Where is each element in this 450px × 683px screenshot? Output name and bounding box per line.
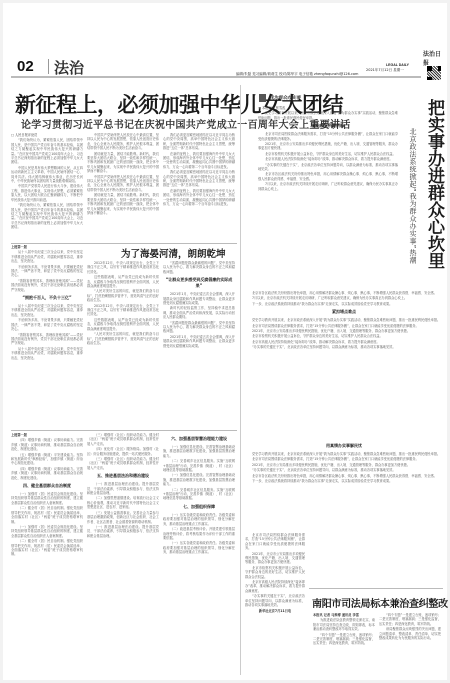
section-divider: [11, 243, 237, 244]
paragraph: （一）加强村（居）民委员会规范化建设。坚持党组织领导基层群众性自治组织的制度，建…: [11, 492, 83, 505]
column-tag: 我为群众办实事: [259, 94, 319, 104]
paragraph: （一）加强信息化建设。完善智慧治理基础设施，推进基层治理数字化建设，加强基层智慧…: [163, 445, 235, 458]
brand-en: LEGAL DAILY: [386, 63, 409, 67]
governance-col1: 上接第一版 （四）增强乡镇（街道）议事协商能力。完善乡镇（街道）议事协商机制，推…: [11, 433, 83, 673]
section-heading: 六、加强基层智慧治理能力建设: [163, 436, 235, 442]
paragraph: 北京市各区政法机关纷纷推出特色举措，用心用情解决群众操心事、烦心事、揪心事，不断…: [245, 474, 443, 478]
paragraph: “善除害者察其本，善理疾者绝其源”——党纪国法面前没有例外，党员干部无论职位高低…: [11, 333, 83, 346]
paragraph: “我们始终认为，紧紧依靠人民，团结带领中国人民，是中国共产党百年奋斗的基本经验，…: [11, 138, 83, 164]
paragraph: 这些数据表明，从严治党已经成为新时代常态，反腐败斗争取得压倒性胜利并全面巩固，人…: [87, 318, 159, 331]
section-heading: 七、加强组织保障: [163, 504, 235, 510]
paragraph: （五）增强乡镇（街道）平安建设能力。坚持和发展新时代“枫桥经验”，加强乡镇（街道…: [11, 453, 83, 466]
paragraph: （一）压实各级党委和政府责任。各级党委和政府要加强对基层治理的组织领导，细化分解…: [163, 513, 235, 526]
paragraph: 2021年1月，中央纪委五次全会强调，深入开展群众身边腐败和作风问题专项整治，让…: [163, 292, 235, 305]
paragraph: 从十八届中央纪委三次全会以来，党中央坚定不移推进全面从严治党，对腐败问题零容忍，…: [11, 250, 83, 263]
paragraph: 党史学习教育开展以来，北京市政法系统深入开展“我为群众办实事”实践活动，聚焦群众…: [245, 452, 443, 456]
masthead-rule: [11, 76, 421, 78]
paragraph: 北京市各区政法机关纷纷推出特色举措，用心用情解决群众操心事、烦心事、揪心事，不断…: [258, 172, 398, 181]
paragraph: 中国人民是具有伟大梦想精神的人民，从五四运动到新民主主义革命，中国人民始终团结一…: [11, 166, 83, 184]
paragraph: （一）加强村（居）民委员会规范化建设。坚持党组织领导基层群众性自治组织的制度，建…: [11, 525, 83, 538]
paragraph: （三）增强村（社区）组织动员能力。健全村（社区）“两委”班子成员联系群众机制，经…: [87, 457, 159, 470]
paragraph: 从十八届中央纪委三次全会以来，党中央坚定不移推进全面从严治党，对腐败问题零容忍，…: [11, 304, 83, 317]
newspaper-page: 02 法治 编辑/朱磊 见习编辑/莉莉生 校对/陈华宇 电子信箱 zhengfa…: [3, 3, 447, 680]
beijing-bottom-col: 用真情办实事解民忧 党史学习教育开展以来，北京市政法系统深入开展“我为群众办实事…: [245, 440, 443, 540]
paragraph: 2012年12月，中央八项规定出台，全党上下刹住不正之风，以钉钉子精神推进作风建…: [87, 304, 159, 317]
governance-col2: （三）增强村（社区）组织动员能力。健全村（社区）“两委”班子成员联系群众机制，经…: [87, 433, 159, 673]
issue-date: 2021年7月12日 星期一: [366, 68, 404, 73]
paragraph: 在新的征程上，我们要加强海内外中华儿女大团结，形成海内外全体中华儿女心往一处想、…: [163, 152, 235, 170]
paragraph: 团结就是力量，团结才能胜利。新时代，我们要坚持大团结大联合，坚持一致性和多样性统…: [87, 152, 159, 174]
nanyang-col1: 本报讯 记者 马维博 通讯员 李雷 为推进政法队伍教育整顿走深走实，南阳市司法局…: [313, 613, 375, 673]
section-divider: [11, 430, 237, 431]
qr-code-icon[interactable]: [426, 65, 442, 81]
paragraph: （二）健全村（居）民自治机制。强化党组织领导把关作用，规范村（居）民委员会换届选…: [11, 539, 83, 557]
haiyan-col2: 2012年12月，中央八项规定出台，全党上下刹住不正之风，以钉钉子精神推进作风建…: [87, 261, 159, 405]
paragraph: “人民对美好生活的向往，就是我们的奋斗目标”，打虎拍蝇猎狐多管齐下，营造风清气正…: [87, 289, 159, 302]
paragraph: （三）增强村（社区）组织动员能力。健全村（社区）“两委”班子成员联系群众机制，经…: [87, 433, 159, 446]
paragraph: 北京市高级人民法院持续深化“接诉即办”改革，推动解决群众诉求，着力提升群众满意度…: [245, 340, 443, 344]
paragraph: 北京市各区政法机关纷纷推出特色举措，用心用情解决群众操心事、烦心事、揪心事，不断…: [245, 291, 443, 295]
paragraph: 2012年12月，中央八项规定出台，全党上下刹住不正之风，以钉钉子精神推进作风建…: [87, 261, 159, 274]
paragraph: “办实事的关键在于实”，北京政法各单位坚持问题导向，以群众满意为标准，推动各项实…: [245, 594, 305, 607]
paragraph: 北京市司法局围绕群众法律服务需求，打造“15分钟公共法律服务圈”，让群众在家门口…: [245, 324, 443, 328]
paragraph: 我们必须更加紧密地团结在以习近平同志为核心的党中央周围，高举中国特色社会主义伟大…: [163, 133, 235, 151]
paragraph: “办实事的关键在于实”，北京政法各单位坚持问题导向，以群众满意为标准，推动各项实…: [258, 163, 398, 172]
paragraph: 2021年，北京市公安局推出多项便民利民措施，优化户籍、出入境、交通管理等服务，…: [245, 552, 305, 565]
paragraph: 北京市司法局围绕群众法律服务需求，打造“15分钟公共法律服务圈”，让群众在家门口…: [245, 533, 305, 551]
paragraph: 北京市检察机关积极开展公益诉讼，守护群众身边的美好生活，切实维护人民群众合法权益…: [245, 566, 305, 579]
paragraph: “贪腐问题是群众最痛恨的问题”，党中央坚持以人民为中心，着力解决群众身边的不正之…: [163, 321, 235, 334]
main-byline: □ 人民日报评论员: [11, 133, 83, 137]
haiyan-col3: “贪腐问题是群众最痛恨的问题”，党中央坚持以人民为中心，着力解决群众身边的不正之…: [163, 261, 235, 405]
section-heading: 五、推进基层法治和德治建设: [87, 473, 159, 479]
column-tag-icon: [259, 94, 266, 102]
column-tag-label: 我为群众办实事: [269, 95, 301, 101]
paragraph: 这些数据表明，从严治党已经成为新时代常态，反腐败斗争取得压倒性胜利并全面巩固，人…: [87, 275, 159, 288]
paragraph: （二）加强思想道德建设。培育践行社会主义核心价值观，推动习近平新时代中国特色社会…: [87, 496, 159, 509]
paragraph: 新时代的纪检监察工作，坚持稳中求进总基调，推动全面从严治党向纵深发展，以实际行动…: [163, 306, 235, 319]
main-article-col1: □ 人民日报评论员 “我们始终认为，紧紧依靠人民，团结带领中国人民，是中国共产党…: [11, 133, 83, 243]
paragraph: “办实事的关键在于实”，北京政法各单位坚持问题导向，以群众满意为标准，推动各项实…: [245, 468, 443, 472]
paragraph: “四个专题”一是建立台账，逐项销号；二是完善制度，堵塞漏洞；三是强化监督，压实责…: [379, 613, 441, 626]
paragraph: 该局聚焦群众反映强烈的突出问题，建立问题清单、整改清单、责任清单，切实把整改成果…: [379, 627, 441, 640]
nanyang-col2: “四个专题”一是建立台账，逐项销号；二是完善制度，堵塞漏洞；三是强化监督，压实责…: [379, 613, 441, 673]
paragraph: 中国共产党始终把人民放在心中最高位置，坚持以人民为中心的发展思想，依靠人民创造历…: [87, 133, 159, 151]
end-label: 新华社北京7月11日电: [245, 609, 305, 613]
paragraph: 中国共产党领导人民进行伟大斗争，建设伟大工程，推进伟大事业，实现伟大梦想，必须紧…: [11, 184, 83, 202]
paragraph: 中国共产党始终把人民放在心中最高位置，坚持以人民为中心的发展思想，依靠人民创造历…: [87, 175, 159, 193]
paragraph: 北京市检察机关积极开展公益诉讼，守护群众身边的美好生活，切实维护人民群众合法权益…: [245, 334, 443, 338]
paragraph: （二）完善城乡社区信息服务。实施“互联网+基层治理”行动，完善乡镇（街道）、村（…: [163, 488, 235, 501]
section-divider: [309, 588, 443, 589]
paragraph: 2021年，北京市公安局推出多项便民利民措施，优化户籍、出入境、交通管理等服务，…: [258, 142, 398, 151]
paragraph: 2021年，北京市公安局推出多项便民利民措施，优化户籍、出入境、交通管理等服务，…: [245, 329, 443, 333]
beijing-side-col: 北京市司法局围绕群众法律服务需求，打造“15分钟公共法律服务圈”，让群众在家门口…: [245, 533, 305, 673]
paragraph: 不论职务多高，不论背景多深，只要触犯党纪国法，一律严惩不贷，彰显了党中央反腐败的…: [11, 318, 83, 331]
beijing-vertical-title: 把实事办进群众心坎里: [421, 99, 443, 269]
paragraph: 北京市检察机关积极开展公益诉讼，守护群众身边的美好生活，切实维护人民群众合法权益…: [258, 152, 398, 156]
column-divider: [240, 85, 241, 675]
paragraph: 从十八届中央纪委三次全会以来，党中央坚定不移推进全面从严治党，对腐败问题零容忍，…: [11, 347, 83, 360]
main-article-col3: 我们必须更加紧密地团结在以习近平同志为核心的党中央周围，高举中国特色社会主义伟大…: [163, 133, 235, 243]
paragraph: 7月以来，北京市政法机关持续开展走访调研，广泛听取群众意见建议，确保为民办实事真…: [245, 296, 443, 300]
page-separator: [48, 59, 49, 74]
page-number: 02: [17, 58, 34, 75]
main-article-col2: 中国共产党始终把人民放在心中最高位置，坚持以人民为中心的发展思想，依靠人民创造历…: [87, 133, 159, 243]
nanyang-title: 南阳市司法局标本兼治查纠整改: [312, 595, 448, 610]
paragraph: 北京市司法局围绕群众法律服务需求，打造“15分钟公共法律服务圈”，让群众在家门口…: [258, 132, 398, 141]
paragraph: （四）增强乡镇（街道）议事协商能力。完善乡镇（街道）议事协商机制，推动基层群众自…: [11, 438, 83, 451]
section-name: 法治: [54, 57, 84, 78]
paragraph: 7月以来，北京市政法机关持续开展走访调研，广泛听取群众意见建议，确保为民办实事真…: [258, 182, 398, 191]
paragraph: 下一步，北京政法系统将持续推动“我为群众办实事”走深走实，以实际成效检验党史学习…: [245, 302, 443, 306]
subheading: “让群众更多感受到反腐倡廉的实际成果”: [163, 277, 235, 289]
masthead: 02 法治 编辑/朱磊 见习编辑/莉莉生 校对/陈华宇 电子信箱 zhengfa…: [11, 55, 441, 79]
subheading: “拥抱千百人，不负十三亿”: [11, 295, 83, 301]
haiyan-col1: 上接第一版 从十八届中央纪委三次全会以来，党中央坚定不移推进全面从严治党，对腐败…: [11, 245, 83, 405]
paragraph: “善除害者察其本，善理疾者绝其源”——党纪国法面前没有例外，党员干部无论职位高低…: [11, 279, 83, 292]
paragraph: （一）推进基层治理法治建设。提升基层党员、干部法治素养，引导群众积极参与、依法支…: [87, 525, 159, 538]
subheading: 紧贴群众所需所盼: [258, 123, 398, 129]
beijing-wide-col: 北京市各区政法机关纷纷推出特色举措，用心用情解决群众操心事、烦心事、揪心事，不断…: [245, 291, 443, 411]
paragraph: （一）加强信息化建设。完善智慧治理基础设施，推进基层治理数字化建设，加强基层智慧…: [163, 473, 235, 486]
paragraph: （一）压实各级党委和政府责任。各级党委和政府要加强对基层治理的组织领导，细化分解…: [163, 541, 235, 554]
paragraph: 不论职务多高，不论背景多深，只要触犯党纪国法，一律严惩不贷，彰显了党中央反腐败的…: [11, 265, 83, 278]
paragraph: 在新的征程上，我们要加强海内外中华儿女大团结，形成海内外全体中华儿女心往一处想、…: [163, 189, 235, 207]
beijing-byline: □ 本报记者 张雪泓: [258, 106, 398, 110]
paragraph: 党史学习教育开展以来，北京市政法系统深入开展“我为群众办实事”实践活动，聚焦群众…: [245, 318, 443, 322]
paragraph: 2021年，北京市公安局推出多项便民利民措施，优化户籍、出入境、交通管理等服务，…: [245, 463, 443, 467]
paragraph: （四）增强乡镇（街道）议事协商能力。完善乡镇（街道）议事协商机制，推动基层群众自…: [11, 467, 83, 480]
paragraph: （四）优化村（社区）服务格局。加强村（社区）综合服务设施建设，提供一站式便民服务…: [87, 447, 159, 456]
paragraph: 北京市高级人民法院持续深化“接诉即办”改革，推动解决群众诉求，着力提升群众满意度…: [258, 157, 398, 161]
paragraph: （一）推进基层治理法治建设。提升基层党员、干部法治素养，引导群众积极参与、依法支…: [87, 482, 159, 495]
paragraph: 为推进政法队伍教育整顿走深走实，南阳市司法局坚持边查边改、即知即改，标本兼治推动…: [313, 618, 375, 631]
paragraph: （三）发展公益慈善事业。完善社会力量参与基层治理激励政策，创新社区与社会组织、社…: [87, 511, 159, 524]
governance-col3: 六、加强基层智慧治理能力建设 （一）加强信息化建设。完善智慧治理基础设施，推进基…: [163, 433, 235, 673]
paragraph: （二）健全村（居）民自治机制。强化党组织领导把关作用，规范村（居）民委员会换届选…: [11, 506, 83, 524]
paragraph: “办实事的关键在于实”，北京政法各单位坚持问题导向，以群众满意为标准，推动各项实…: [245, 345, 443, 349]
paragraph: “人民对美好生活的向往，就是我们的奋斗目标”，打虎拍蝇猎狐多管齐下，营造风清气正…: [87, 332, 159, 345]
beijing-top-col: □ 本报记者 张雪泓 党史学习教育开展以来，北京市政法系统深入开展“我为群众办实…: [258, 106, 398, 291]
nanyang-byline: 本报讯 记者 马维博 通讯员 李雷: [313, 613, 375, 617]
paragraph: 下一步，北京政法系统将持续推动“我为群众办实事”走深走实，以实际成效检验党史学习…: [245, 479, 443, 483]
haiyan-title: 为了海晏河清，朗朗乾坤: [121, 246, 226, 260]
paragraph: 党史学习教育开展以来，北京市政法系统深入开展“我为群众办实事”实践活动，聚焦群众…: [258, 111, 398, 120]
subheading: 紧扣堵点难点: [245, 309, 443, 315]
paragraph: （二）完善城乡社区信息服务。实施“互联网+基层治理”行动，完善乡镇（街道）、村（…: [163, 459, 235, 472]
subheading: 用真情办实事解民忧: [245, 443, 443, 449]
continued-from: 上接第一版: [11, 433, 83, 437]
paragraph: “贪腐问题是群众最痛恨的问题”，党中央坚持以人民为中心，着力解决群众身边的不正之…: [163, 261, 235, 274]
paragraph: （二）改进基层考核评价。开展党建引领基层治理考核评价，将考核结果作为评价干部工作…: [163, 527, 235, 540]
paragraph: “我们始终认为，紧紧依靠人民，团结带领中国人民，是中国共产党百年奋斗的基本经验，…: [11, 203, 83, 229]
continued-from: 上接第一版: [11, 245, 83, 249]
paragraph: 2021年1月，中央纪委五次全会强调，深入开展群众身边腐败和作风问题专项整治，让…: [163, 335, 235, 348]
paragraph: 北京市高级人民法院持续深化“接诉即办”改革，推动解决群众诉求，着力提升群众满意度…: [245, 580, 305, 593]
beijing-vertical-subtitle: 北京政法系统掀起“我为群众办实事”热潮: [405, 128, 417, 264]
paragraph: 团结就是力量，团结才能胜利。新时代，我们要坚持大团结大联合，坚持一致性和多样性统…: [87, 193, 159, 215]
paragraph: 北京市司法局围绕群众法律服务需求，打造“15分钟公共法律服务圈”，让群众在家门口…: [245, 457, 443, 461]
paragraph: 我们必须更加紧密地团结在以习近平同志为核心的党中央周围，高举中国特色社会主义伟大…: [163, 170, 235, 188]
paragraph: “四个专题”一是建立台账，逐项销号；二是完善制度，堵塞漏洞；三是强化监督，压实责…: [313, 633, 375, 646]
section-heading: 四、健全基层群众自治制度: [11, 483, 83, 489]
